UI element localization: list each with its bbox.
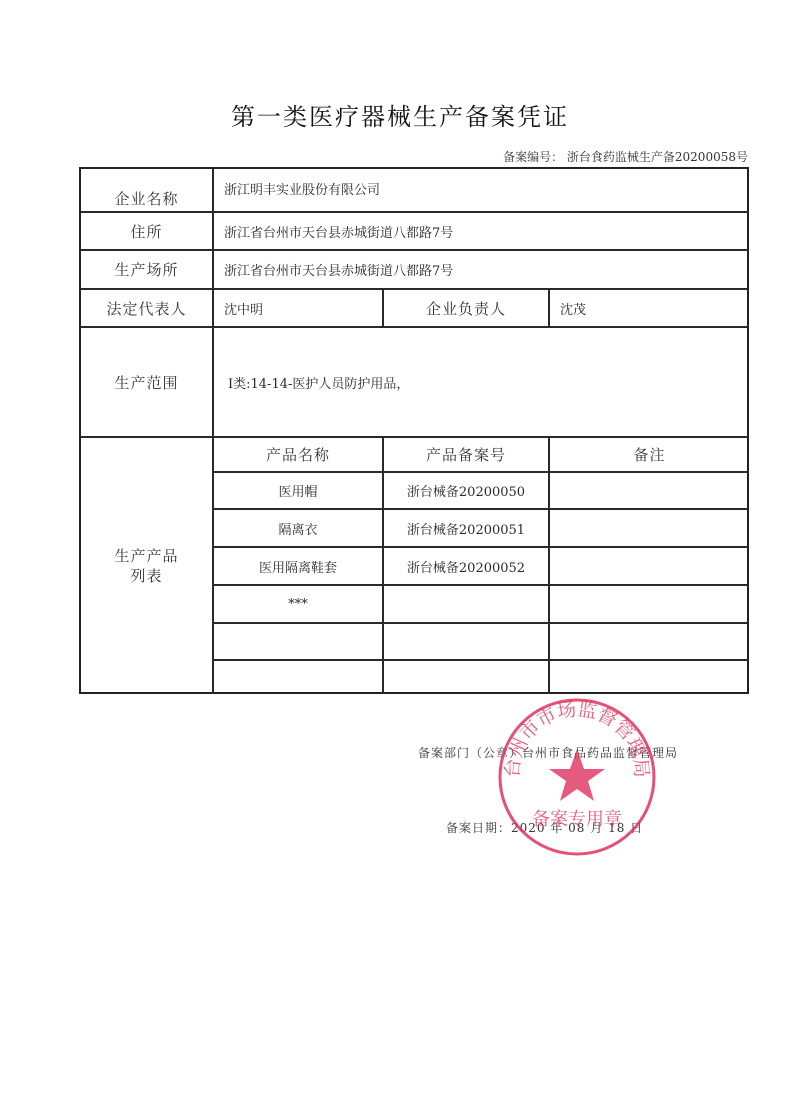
product-row-6-remarks <box>550 661 749 694</box>
product-row-1-name: 医用帽 <box>214 473 382 508</box>
scope-value: Ⅰ类:14-14-医护人员防护用品， <box>214 328 749 436</box>
scope-label: 生产范围 <box>81 328 212 436</box>
product-row-3-remarks <box>550 548 749 584</box>
address-label: 住所 <box>81 213 212 249</box>
product-row-6-record <box>384 661 548 694</box>
official-seal-icon: 台州市市场监督管理局 备案专用章 <box>497 697 657 857</box>
responsible-person-value: 沈茂 <box>550 290 749 326</box>
product-row-6-name <box>214 661 382 694</box>
product-row-5-remarks <box>550 624 749 659</box>
address-value: 浙江省台州市天台县赤城街道八都路7号 <box>214 213 749 249</box>
product-list-label-line1: 生产产品 <box>114 546 178 566</box>
product-row-1-remarks <box>550 473 749 508</box>
product-row-2-name: 隔离衣 <box>214 510 382 546</box>
product-row-5-record <box>384 624 548 659</box>
star-icon <box>549 749 605 801</box>
production-site-value: 浙江省台州市天台县赤城街道八都路7号 <box>214 251 749 288</box>
product-row-4-name: *** <box>214 586 382 622</box>
product-list-label: 生产产品 列表 <box>81 438 212 694</box>
header-product-name: 产品名称 <box>214 438 382 471</box>
production-site-label: 生产场所 <box>81 251 212 288</box>
legal-rep-value: 沈中明 <box>214 290 382 326</box>
product-row-5-name <box>214 624 382 659</box>
header-record-number: 产品备案号 <box>384 438 548 471</box>
record-number-value: 浙台食药监械生产备20200058号 <box>567 150 748 164</box>
seal-bottom-text: 备案专用章 <box>532 809 622 830</box>
product-row-2-remarks <box>550 510 749 546</box>
product-row-1-record: 浙台械备20200050 <box>384 473 548 508</box>
registration-table: 企业名称 浙江明丰实业股份有限公司 住所 浙江省台州市天台县赤城街道八都路7号 … <box>79 167 749 694</box>
product-row-3-record: 浙台械备20200052 <box>384 548 548 584</box>
product-row-4-record <box>384 586 548 622</box>
responsible-person-label: 企业负责人 <box>384 290 548 326</box>
document-title: 第一类医疗器械生产备案凭证 <box>0 97 800 132</box>
product-list-label-line2: 列表 <box>130 566 162 586</box>
legal-rep-label: 法定代表人 <box>81 290 212 326</box>
product-row-4-remarks <box>550 586 749 622</box>
product-row-2-record: 浙台械备20200051 <box>384 510 548 546</box>
record-number-label: 备案编号： <box>503 150 563 164</box>
product-row-3-name: 医用隔离鞋套 <box>214 548 382 584</box>
company-name-value: 浙江明丰实业股份有限公司 <box>214 169 749 207</box>
company-name-label: 企业名称 <box>81 183 212 213</box>
record-number: 备案编号： 浙台食药监械生产备20200058号 <box>503 148 748 165</box>
header-remarks: 备注 <box>550 438 749 471</box>
